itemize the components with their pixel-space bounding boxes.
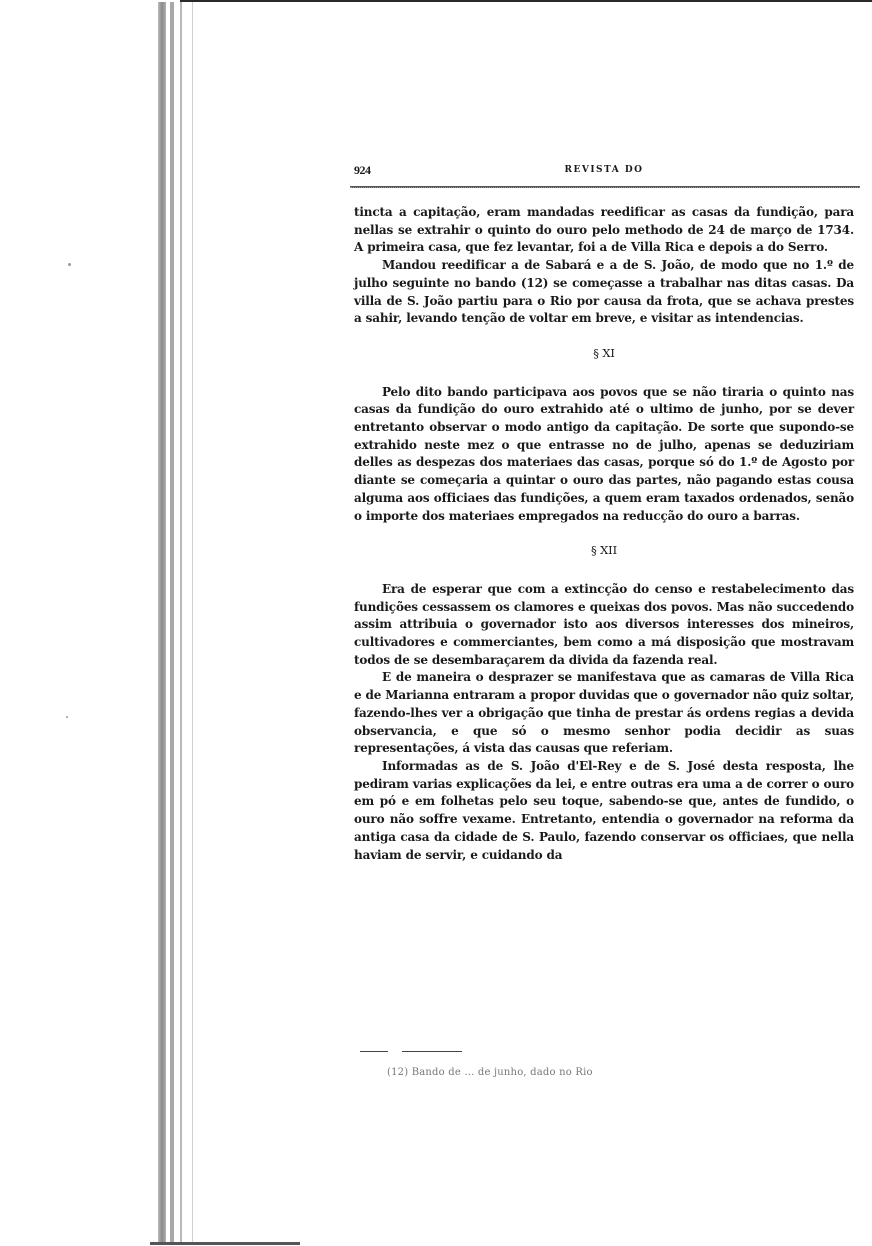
scan-speck [66, 716, 68, 718]
page-body: tincta a capitação, eram mandadas reedif… [354, 204, 854, 864]
book-gutter-line [192, 2, 193, 1242]
page-header: 924 REVISTA DO [354, 160, 854, 182]
book-gutter-shadow [158, 2, 166, 1244]
paragraph: Mandou reedificar a de Sabará e a de S. … [354, 257, 854, 328]
scan-bottom-edge [150, 1242, 300, 1245]
section-heading: § XI [354, 345, 854, 363]
section-heading: § XII [354, 542, 854, 560]
paragraph: E de maneira o desprazer se manifestava … [354, 669, 854, 758]
footnote-separator [360, 1041, 462, 1060]
book-gutter-line [170, 2, 174, 1242]
paragraph: tincta a capitação, eram mandadas reedif… [354, 204, 854, 257]
book-gutter-line [180, 2, 182, 1242]
header-rule [350, 186, 860, 188]
paragraph: Informadas as de S. João d'El-Rey e de S… [354, 758, 854, 864]
scan-top-edge [180, 0, 872, 2]
book-page: 924 REVISTA DO tincta a capitação, eram … [354, 160, 854, 864]
paragraph: Era de esperar que com a extincção do ce… [354, 581, 854, 670]
running-title: REVISTA DO [354, 165, 854, 175]
footnote: (12) Bando de ... de junho, dado no Rio [387, 1067, 593, 1078]
scan-speck [68, 263, 71, 266]
paragraph: Pelo dito bando participava aos povos qu… [354, 384, 854, 526]
